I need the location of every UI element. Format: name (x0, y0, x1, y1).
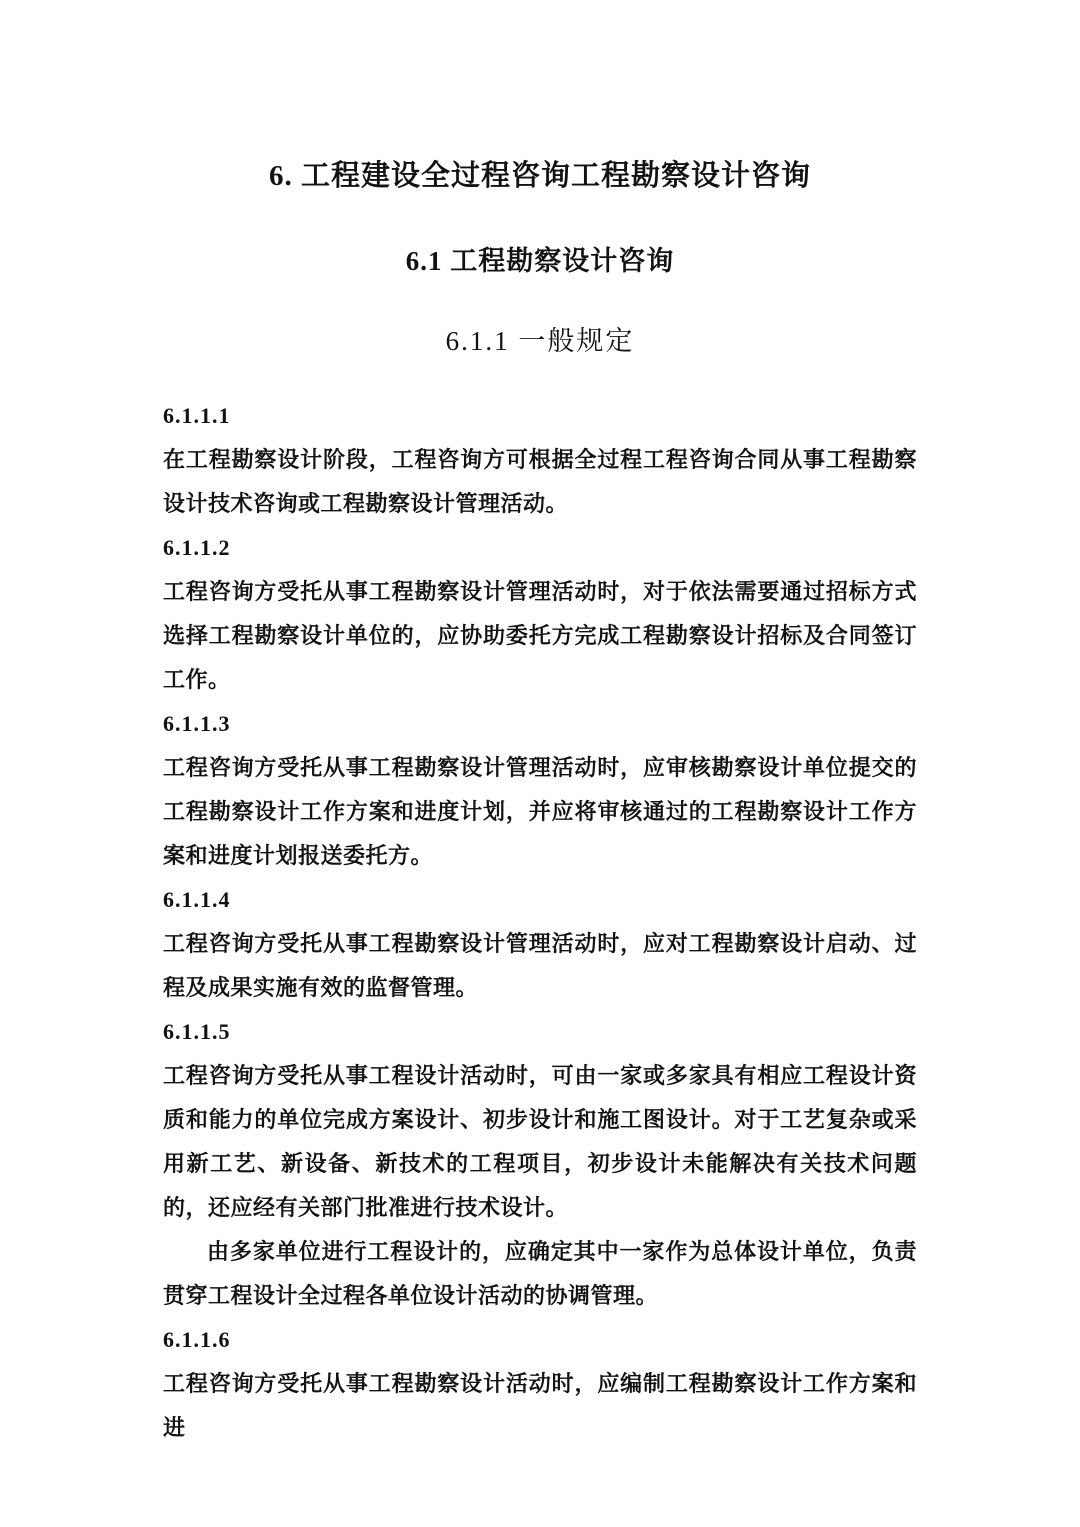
clause-6115: 6.1.1.5 工程咨询方受托从事工程设计活动时，可由一家或多家具有相应工程设计… (163, 1010, 917, 1318)
document-title: 6. 工程建设全过程咨询工程勘察设计咨询 (0, 0, 1080, 194)
clause-6111: 6.1.1.1 在工程勘察设计阶段，工程咨询方可根据全过程工程咨询合同从事工程勘… (163, 394, 917, 526)
chapter-heading: 6.1 工程勘察设计咨询 (0, 244, 1080, 278)
document-page: 6. 工程建设全过程咨询工程勘察设计咨询 6.1 工程勘察设计咨询 6.1.1 … (0, 0, 1080, 1527)
clause-paragraph: 工程咨询方受托从事工程勘察设计管理活动时，应对工程勘察设计启动、过程及成果实施有… (163, 922, 917, 1010)
clause-number: 6.1.1.5 (163, 1010, 917, 1054)
clause-paragraph: 由多家单位进行工程设计的，应确定其中一家作为总体设计单位，负责贯穿工程设计全过程… (163, 1230, 917, 1318)
clause-paragraph: 在工程勘察设计阶段，工程咨询方可根据全过程工程咨询合同从事工程勘察设计技术咨询或… (163, 438, 917, 526)
clause-6116: 6.1.1.6 工程咨询方受托从事工程勘察设计活动时，应编制工程勘察设计工作方案… (163, 1318, 917, 1450)
clause-paragraph: 工程咨询方受托从事工程设计活动时，可由一家或多家具有相应工程设计资质和能力的单位… (163, 1054, 917, 1230)
clause-number: 6.1.1.6 (163, 1318, 917, 1362)
section-heading: 6.1.1 一般规定 (0, 324, 1080, 358)
clause-paragraph: 工程咨询方受托从事工程勘察设计活动时，应编制工程勘察设计工作方案和进 (163, 1362, 917, 1450)
clause-number: 6.1.1.3 (163, 702, 917, 746)
clause-number: 6.1.1.1 (163, 394, 917, 438)
clause-paragraph: 工程咨询方受托从事工程勘察设计管理活动时，应审核勘察设计单位提交的工程勘察设计工… (163, 746, 917, 878)
clauses-container: 6.1.1.1 在工程勘察设计阶段，工程咨询方可根据全过程工程咨询合同从事工程勘… (163, 394, 917, 1450)
clause-6113: 6.1.1.3 工程咨询方受托从事工程勘察设计管理活动时，应审核勘察设计单位提交… (163, 702, 917, 878)
clause-6114: 6.1.1.4 工程咨询方受托从事工程勘察设计管理活动时，应对工程勘察设计启动、… (163, 878, 917, 1010)
clause-6112: 6.1.1.2 工程咨询方受托从事工程勘察设计管理活动时，对于依法需要通过招标方… (163, 526, 917, 702)
clause-number: 6.1.1.2 (163, 526, 917, 570)
clause-paragraph: 工程咨询方受托从事工程勘察设计管理活动时，对于依法需要通过招标方式选择工程勘察设… (163, 570, 917, 702)
clause-number: 6.1.1.4 (163, 878, 917, 922)
